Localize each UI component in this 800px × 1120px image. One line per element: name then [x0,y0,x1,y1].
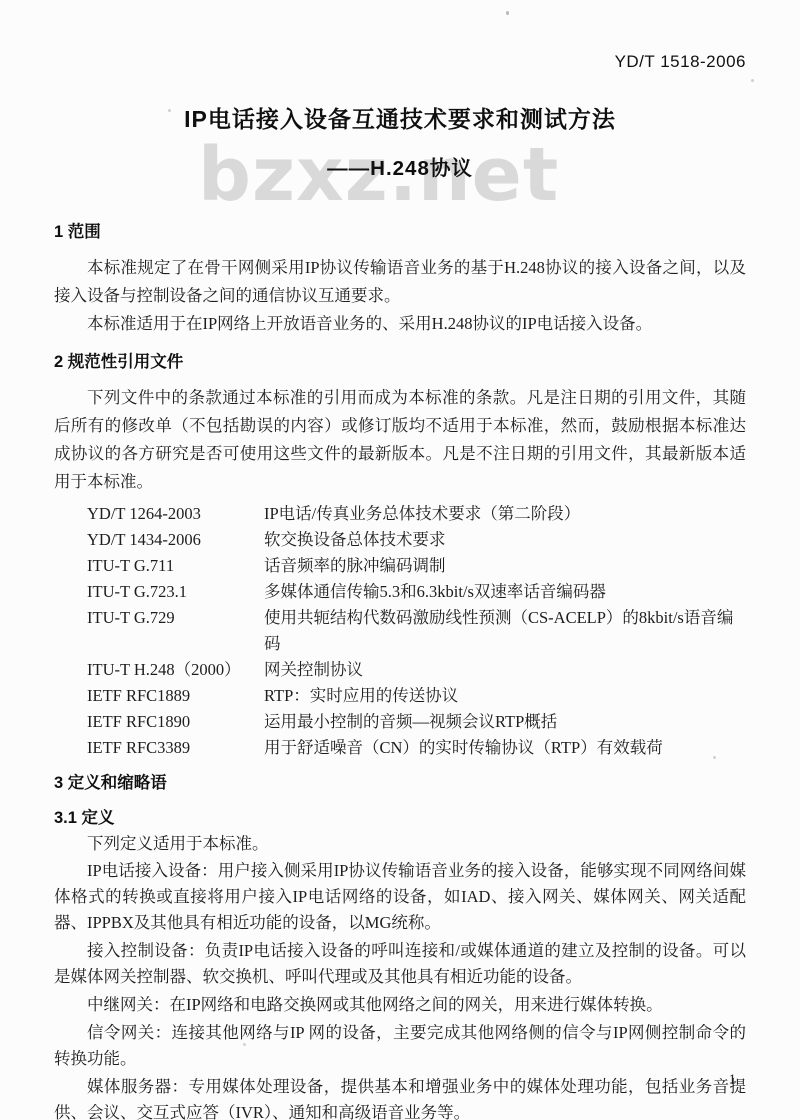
reference-code: YD/T 1264-2003 [87,501,264,527]
reference-code: ITU-T G.711 [87,553,264,579]
reference-desc: 软交换设备总体技术要求 [264,527,746,553]
section-1-paragraph-2: 本标准适用于在IP网络上开放语音业务的、采用H.248协议的IP电话接入设备。 [54,310,746,338]
section-3-heading: 3 定义和缩略语 [54,771,746,795]
section-3-1-heading: 3.1 定义 [54,807,746,829]
reference-desc: 用于舒适噪音（CN）的实时传输协议（RTP）有效载荷 [264,735,746,761]
reference-item: ITU-T H.248（2000） 网关控制协议 [87,657,746,683]
doc-standard-code: YD/T 1518-2006 [615,52,746,72]
reference-code: ITU-T H.248（2000） [87,657,264,683]
reference-desc: 网关控制协议 [264,657,746,683]
section-1-heading: 1 范围 [54,220,746,244]
reference-item: YD/T 1264-2003 IP电话/传真业务总体技术要求（第二阶段） [87,501,746,527]
reference-desc: 运用最小控制的音频—视频会议RTP概括 [264,709,746,735]
scan-speck [506,11,509,15]
section-3-intro: 下列定义适用于本标准。 [54,831,746,857]
reference-desc: 话音频率的脉冲编码调制 [264,553,746,579]
reference-list: YD/T 1264-2003 IP电话/传真业务总体技术要求（第二阶段） YD/… [87,501,746,761]
document-subtitle: ——H.248协议 [0,154,800,184]
reference-item: ITU-T G.711 话音频率的脉冲编码调制 [87,553,746,579]
reference-code: YD/T 1434-2006 [87,527,264,553]
title-block: bzxz.net IP电话接入设备互通技术要求和测试方法 ——H.248协议 [0,104,800,184]
definition-paragraph: 媒体服务器：专用媒体处理设备，提供基本和增强业务中的媒体处理功能，包括业务音提供… [54,1074,746,1120]
reference-desc: 使用共轭结构代数码激励线性预测（CS-ACELP）的8kbit/s语音编码 [264,605,746,657]
reference-code: IETF RFC1889 [87,683,264,709]
reference-item: ITU-T G.723.1 多媒体通信传输5.3和6.3kbit/s双速率话音编… [87,579,746,605]
scan-speck [751,79,754,82]
reference-desc: RTP：实时应用的传送协议 [264,683,746,709]
section-1-paragraph-1: 本标准规定了在骨干网侧采用IP协议传输语音业务的基于H.248协议的接入设备之间… [54,254,746,310]
definition-paragraph: 信令网关：连接其他网络与IP 网的设备，主要完成其他网络侧的信令与IP网侧控制命… [54,1020,746,1072]
reference-item: ITU-T G.729 使用共轭结构代数码激励线性预测（CS-ACELP）的8k… [87,605,746,657]
reference-desc: IP电话/传真业务总体技术要求（第二阶段） [264,501,746,527]
reference-item: IETF RFC3389 用于舒适噪音（CN）的实时传输协议（RTP）有效载荷 [87,735,746,761]
section-2-heading: 2 规范性引用文件 [54,350,746,374]
document-body: 1 范围 本标准规定了在骨干网侧采用IP协议传输语音业务的基于H.248协议的接… [54,220,746,1120]
reference-code: ITU-T G.729 [87,605,264,657]
reference-item: IETF RFC1890 运用最小控制的音频—视频会议RTP概括 [87,709,746,735]
document-title: IP电话接入设备互通技术要求和测试方法 [0,104,800,134]
reference-code: IETF RFC1890 [87,709,264,735]
reference-item: IETF RFC1889 RTP：实时应用的传送协议 [87,683,746,709]
reference-item: YD/T 1434-2006 软交换设备总体技术要求 [87,527,746,553]
definition-paragraph: IP电话接入设备：用户接入侧采用IP协议传输语音业务的接入设备，能够实现不同网络… [54,858,746,936]
section-2-intro: 下列文件中的条款通过本标准的引用而成为本标准的条款。凡是注日期的引用文件，其随后… [54,384,746,496]
reference-code: IETF RFC3389 [87,735,264,761]
reference-code: ITU-T G.723.1 [87,579,264,605]
reference-desc: 多媒体通信传输5.3和6.3kbit/s双速率话音编码器 [264,579,746,605]
definition-paragraph: 中继网关：在IP网络和电路交换网或其他网络之间的网关，用来进行媒体转换。 [54,992,746,1018]
definition-paragraph: 接入控制设备：负责IP电话接入设备的呼叫连接和/或媒体通道的建立及控制的设备。可… [54,938,746,990]
scanned-document-page: YD/T 1518-2006 bzxz.net IP电话接入设备互通技术要求和测… [0,0,800,1120]
